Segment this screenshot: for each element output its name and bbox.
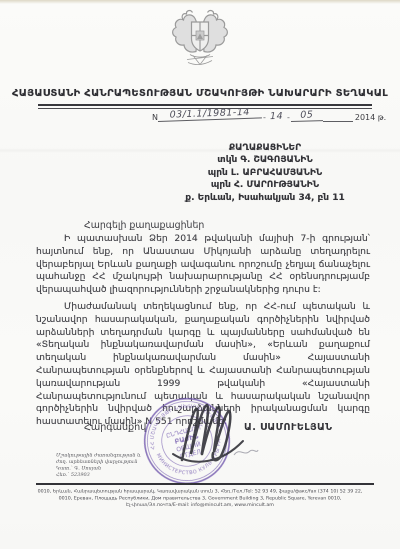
reference-blank-underline	[323, 121, 353, 122]
footer-line: 0010, Ереван, Площадь Республики, Дом пр…	[14, 495, 385, 502]
signatory-name: Ա. ՍԱՄՈՒԵԼՅԱՆ	[244, 422, 332, 433]
armenia-coat-of-arms-icon	[170, 6, 230, 90]
body-paragraph: Ի պատասխան Ձեր 2014 թվականի մայիսի 7-ի գ…	[36, 233, 370, 297]
addressee-address-line: ք. Երևան, Իսահակյան 34, բն 11	[160, 192, 370, 204]
executor-note: Մշակութային ժառանգության և ժող. արհեստնե…	[56, 452, 188, 478]
reference-day-handwritten: 14	[267, 111, 286, 122]
footer-divider	[36, 483, 374, 485]
addressee-line: ՔԱՂԱՔԱՑԻՆԵՐ	[160, 142, 370, 154]
signature-flourish-icon	[232, 444, 260, 458]
addressee-line: տկն Գ. ՇԱԳՈՅԱՆԻՆ	[160, 154, 370, 166]
salutation: Հարգելի քաղաքացիներ	[84, 220, 204, 231]
letterhead-title: ՀԱՅԱՍՏԱՆԻ ՀԱՆՐԱՊԵՏՈՒԹՅԱՆ ՄՇԱԿՈՒՅԹԻ ՆԱԽԱՐ…	[0, 88, 400, 99]
reference-number-handwritten: 03/1.1/1981-14	[158, 106, 262, 122]
reference-year: 2014 թ.	[353, 113, 386, 122]
reference-month-handwritten: 05	[291, 109, 323, 122]
footer-line: Էլ-փոստ/Эл.почта/E-mail: info@mincult.am…	[14, 501, 385, 508]
footer-contact-block: 0010, Երևան, Հանրապետության հրապարակ, Կա…	[14, 488, 385, 508]
addressee-line: պրն Հ. ՄԱՐՈՒԹՅԱՆԻՆ	[160, 179, 370, 191]
reference-line: N 03/1.1/1981-14 - 14 - 05 2014 թ.	[152, 110, 386, 122]
addressee-block: ՔԱՂԱՔԱՑԻՆԵՐ տկն Գ. ՇԱԳՈՅԱՆԻՆ պրն Լ. ԱԲՐԱ…	[160, 142, 370, 204]
scan-edge-artifact	[0, 0, 400, 4]
footer-line: 0010, Երևան, Հանրապետության հրապարակ, Կա…	[14, 488, 385, 495]
executor-phone: Հեռ.՝ 523903	[56, 472, 188, 479]
scanned-letter-page: ՀԱՅԱՍՏԱՆԻ ՀԱՆՐԱՊԵՏՈՒԹՅԱՆ ՄՇԱԿՈՒՅԹԻ ՆԱԽԱՐ…	[0, 0, 400, 549]
executor-line: Կատ.՝ Գ. Սոսյան	[56, 465, 188, 472]
addressee-line: պրն Լ. ԱԲՐԱՀԱՄՅԱՆԻՆ	[160, 167, 370, 179]
